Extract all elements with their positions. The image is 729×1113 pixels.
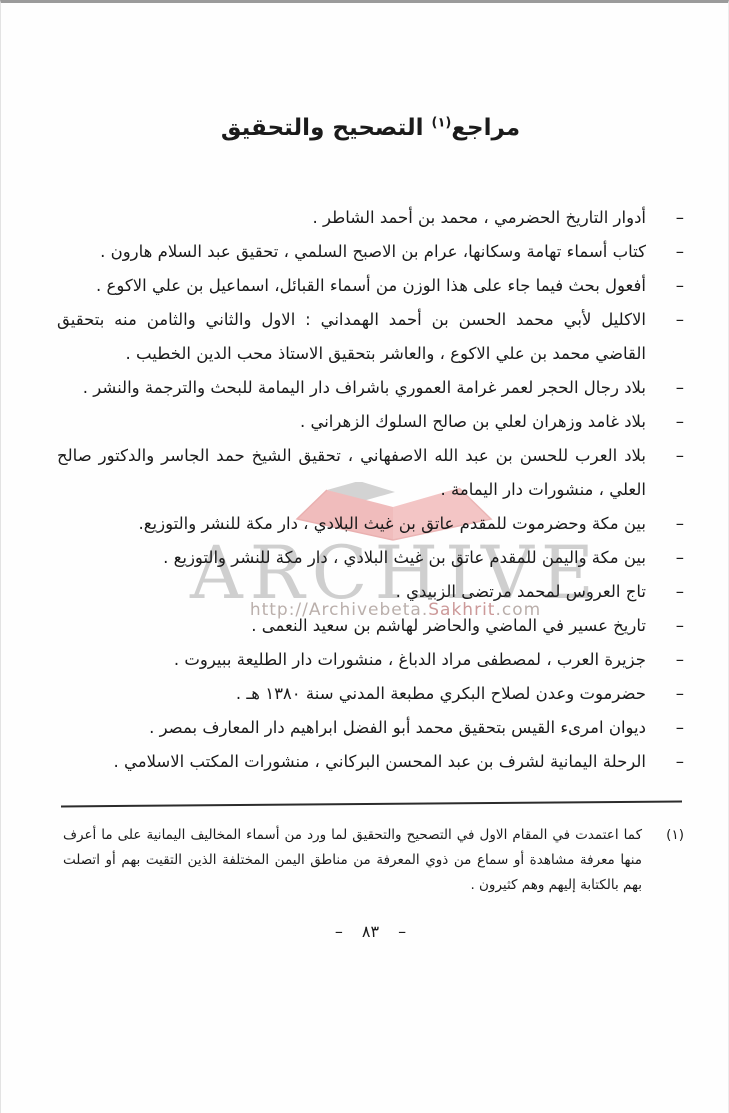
reference-dash-marker: – <box>646 711 684 745</box>
reference-item: – تاج العروس لمحمد مرتضى الزبيدي . <box>57 575 684 609</box>
references-list: – أدوار التاريخ الحضرمي ، محمد بن أحمد ا… <box>57 201 684 779</box>
reference-text: بلاد غامد وزهران لعلي بن صالح السلوك الز… <box>57 405 646 439</box>
reference-item: – بين مكة وحضرموت للمقدم عاتق بن غيث الب… <box>57 507 684 541</box>
reference-text: الاكليل لأبي محمد الحسن بن أحمد الهمداني… <box>57 303 646 371</box>
reference-dash-marker: – <box>646 235 684 269</box>
reference-item: – تاريخ عسير في الماضي والحاضر لهاشم بن … <box>57 609 684 643</box>
reference-text: كتاب أسماء تهامة وسكانها، عرام بن الاصبح… <box>57 235 646 269</box>
page-title-rest: التصحيح والتحقيق <box>221 115 424 141</box>
reference-text: أدوار التاريخ الحضرمي ، محمد بن أحمد الش… <box>57 201 646 235</box>
reference-dash-marker: – <box>646 609 684 643</box>
reference-dash-marker: – <box>646 643 684 677</box>
reference-item: – كتاب أسماء تهامة وسكانها، عرام بن الاص… <box>57 235 684 269</box>
page-number: – ٨٣ – <box>57 922 684 941</box>
reference-text: بلاد العرب للحسن بن عبد الله الاصفهاني ،… <box>57 439 646 507</box>
reference-text: تاريخ عسير في الماضي والحاضر لهاشم بن سع… <box>57 609 646 643</box>
page-content: مراجع(١) التصحيح والتحقيق – أدوار التاري… <box>1 3 728 941</box>
footnote-text: كما اعتمدت في المقام الاول في التصحيح وا… <box>57 823 642 898</box>
reference-item: – أفعول بحث فيما جاء على هذا الوزن من أس… <box>57 269 684 303</box>
page-title: مراجع(١) التصحيح والتحقيق <box>57 3 684 141</box>
reference-dash-marker: – <box>646 541 684 575</box>
reference-item: – جزيرة العرب ، لمصطفى مراد الدباغ ، منش… <box>57 643 684 677</box>
reference-item: – بلاد غامد وزهران لعلي بن صالح السلوك ا… <box>57 405 684 439</box>
reference-text: بين مكة وحضرموت للمقدم عاتق بن غيث البلا… <box>57 507 646 541</box>
page-title-footnote-ref: (١) <box>432 115 452 130</box>
book-page: ARCHIVE http://Archivebeta.Sakhrit.com م… <box>0 0 729 1113</box>
reference-item: – ديوان امرىء القيس بتحقيق محمد أبو الفض… <box>57 711 684 745</box>
reference-item: – الاكليل لأبي محمد الحسن بن أحمد الهمدا… <box>57 303 684 371</box>
reference-text: بلاد رجال الحجر لعمر غرامة العموري باشرا… <box>57 371 646 405</box>
reference-item: – أدوار التاريخ الحضرمي ، محمد بن أحمد ا… <box>57 201 684 235</box>
reference-dash-marker: – <box>646 439 684 507</box>
footnote: (١) كما اعتمدت في المقام الاول في التصحي… <box>57 823 684 898</box>
reference-dash-marker: – <box>646 303 684 371</box>
footnote-marker: (١) <box>642 823 684 898</box>
reference-item: – الرحلة اليمانية لشرف بن عبد المحسن الب… <box>57 745 684 779</box>
page-title-word: مراجع <box>451 115 520 141</box>
reference-dash-marker: – <box>646 745 684 779</box>
reference-dash-marker: – <box>646 269 684 303</box>
reference-text: تاج العروس لمحمد مرتضى الزبيدي . <box>57 575 646 609</box>
reference-item: – بلاد العرب للحسن بن عبد الله الاصفهاني… <box>57 439 684 507</box>
reference-item: – بلاد رجال الحجر لعمر غرامة العموري باش… <box>57 371 684 405</box>
reference-dash-marker: – <box>646 507 684 541</box>
reference-text: حضرموت وعدن لصلاح البكري مطبعة المدني سن… <box>57 677 646 711</box>
reference-dash-marker: – <box>646 371 684 405</box>
reference-dash-marker: – <box>646 677 684 711</box>
reference-item: – بين مكة واليمن للمقدم عاتق بن غيث البل… <box>57 541 684 575</box>
reference-text: ديوان امرىء القيس بتحقيق محمد أبو الفضل … <box>57 711 646 745</box>
footnote-separator <box>61 801 682 808</box>
reference-dash-marker: – <box>646 201 684 235</box>
reference-text: أفعول بحث فيما جاء على هذا الوزن من أسما… <box>57 269 646 303</box>
reference-dash-marker: – <box>646 575 684 609</box>
reference-text: الرحلة اليمانية لشرف بن عبد المحسن البرك… <box>57 745 646 779</box>
reference-text: بين مكة واليمن للمقدم عاتق بن غيث البلاد… <box>57 541 646 575</box>
reference-text: جزيرة العرب ، لمصطفى مراد الدباغ ، منشور… <box>57 643 646 677</box>
reference-item: – حضرموت وعدن لصلاح البكري مطبعة المدني … <box>57 677 684 711</box>
reference-dash-marker: – <box>646 405 684 439</box>
